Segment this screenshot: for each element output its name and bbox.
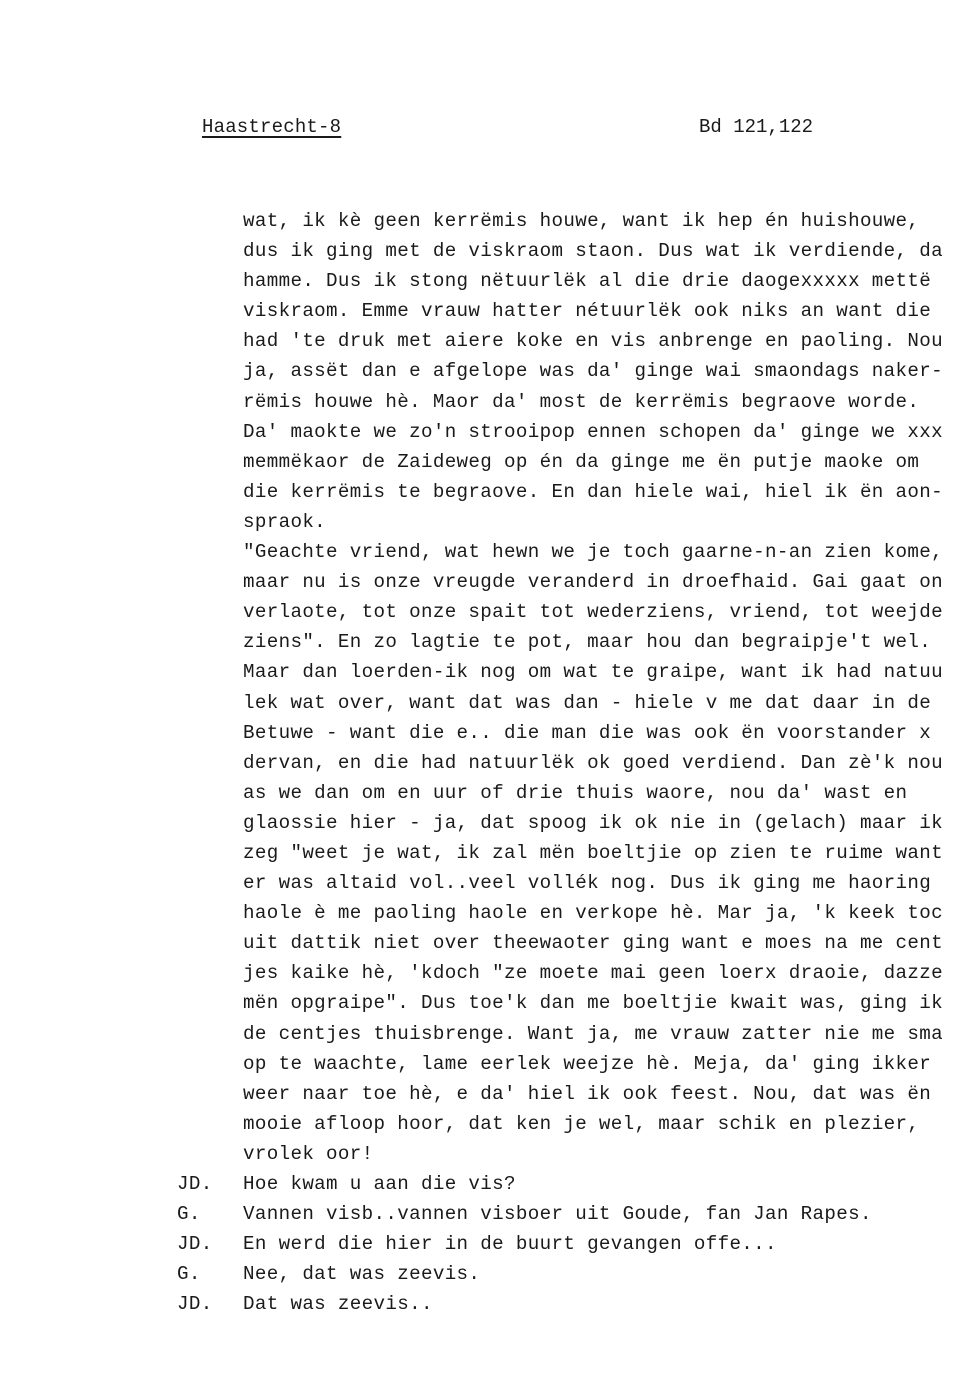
text-line: as we dan om en uur of drie thuis waore,… (243, 778, 966, 808)
speaker-label: G. (177, 1199, 243, 1229)
text-line: lek wat over, want dat was dan - hiele v… (243, 688, 966, 718)
text-line: op te waachte, lame eerlek weejze hè. Me… (243, 1049, 966, 1079)
dialogue-turn: G.Nee, dat was zeevis. (177, 1259, 966, 1289)
speaker-label: JD. (177, 1229, 243, 1259)
dialogue-turn: JD.En werd die hier in de buurt gevangen… (177, 1229, 966, 1259)
text-line: "Geachte vriend, wat hewn we je toch gaa… (243, 537, 966, 567)
text-line: Da' maokte we zo'n strooipop ennen schop… (243, 417, 966, 447)
dialogue-turn: JD.Hoe kwam u aan die vis? (177, 1169, 966, 1199)
text-line: vrolek oor! (243, 1139, 966, 1169)
text-line: spraok. (243, 507, 966, 537)
text-line: viskraom. Emme vrauw hatter nétuurlëk oo… (243, 296, 966, 326)
text-line: zeg "weet je wat, ik zal mën boeltjie op… (243, 838, 966, 868)
text-line: verlaote, tot onze spait tot wederziens,… (243, 597, 966, 627)
text-line: mooie afloop hoor, dat ken je wel, maar … (243, 1109, 966, 1139)
text-line: maar nu is onze vreugde veranderd in dro… (243, 567, 966, 597)
document-title: Haastrecht-8 (202, 116, 341, 138)
text-line: hamme. Dus ik stong nëtuurlëk al die dri… (243, 266, 966, 296)
text-line: ja, assët dan e afgelope was da' ginge w… (243, 356, 966, 386)
utterance-text: Hoe kwam u aan die vis? (243, 1169, 516, 1199)
utterance-text: Dat was zeevis.. (243, 1289, 433, 1319)
text-line: Maar dan loerden-ik nog om wat te graipe… (243, 657, 966, 687)
text-line: jes kaike hè, 'kdoch "ze moete mai geen … (243, 958, 966, 988)
text-line: weer naar toe hè, e da' hiel ik ook fees… (243, 1079, 966, 1109)
text-line: uit dattik niet over theewaoter ging wan… (243, 928, 966, 958)
document-reference: Bd 121,122 (699, 116, 813, 138)
text-line: mën opgraipe". Dus toe'k dan me boeltjie… (243, 988, 966, 1018)
speaker-label: G. (177, 1259, 243, 1289)
text-line: die kerrëmis te begraove. En dan hiele w… (243, 477, 966, 507)
text-line: ziens". En zo lagtie te pot, maar hou da… (243, 627, 966, 657)
dialogue-section: JD.Hoe kwam u aan die vis?G.Vannen visb.… (177, 1169, 966, 1319)
dialogue-turn: JD.Dat was zeevis.. (177, 1289, 966, 1319)
speaker-label: JD. (177, 1169, 243, 1199)
text-line: wat, ik kè geen kerrëmis houwe, want ik … (243, 206, 966, 236)
text-line: had 'te druk met aiere koke en vis anbre… (243, 326, 966, 356)
text-line: glaossie hier - ja, dat spoog ik ok nie … (243, 808, 966, 838)
speaker-label: JD. (177, 1289, 243, 1319)
text-line: de centjes thuisbrenge. Want ja, me vrau… (243, 1019, 966, 1049)
utterance-text: Vannen visb..vannen visboer uit Goude, f… (243, 1199, 872, 1229)
text-line: Betuwe - want die e.. die man die was oo… (243, 718, 966, 748)
monologue-text: wat, ik kè geen kerrëmis houwe, want ik … (243, 206, 966, 1169)
typewritten-page: Haastrecht-8 Bd 121,122 wat, ik kè geen … (0, 0, 966, 1390)
dialogue-turn: G.Vannen visb..vannen visboer uit Goude,… (177, 1199, 966, 1229)
text-line: memmëkaor de Zaideweg op én da ginge me … (243, 447, 966, 477)
text-line: dus ik ging met de viskraom staon. Dus w… (243, 236, 966, 266)
utterance-text: Nee, dat was zeevis. (243, 1259, 480, 1289)
text-line: er was altaid vol..veel vollék nog. Dus … (243, 868, 966, 898)
utterance-text: En werd die hier in de buurt gevangen of… (243, 1229, 777, 1259)
text-line: rëmis houwe hè. Maor da' most de kerrëmi… (243, 387, 966, 417)
text-line: haole è me paoling haole en verkope hè. … (243, 898, 966, 928)
text-line: dervan, en die had natuurlëk ok goed ver… (243, 748, 966, 778)
